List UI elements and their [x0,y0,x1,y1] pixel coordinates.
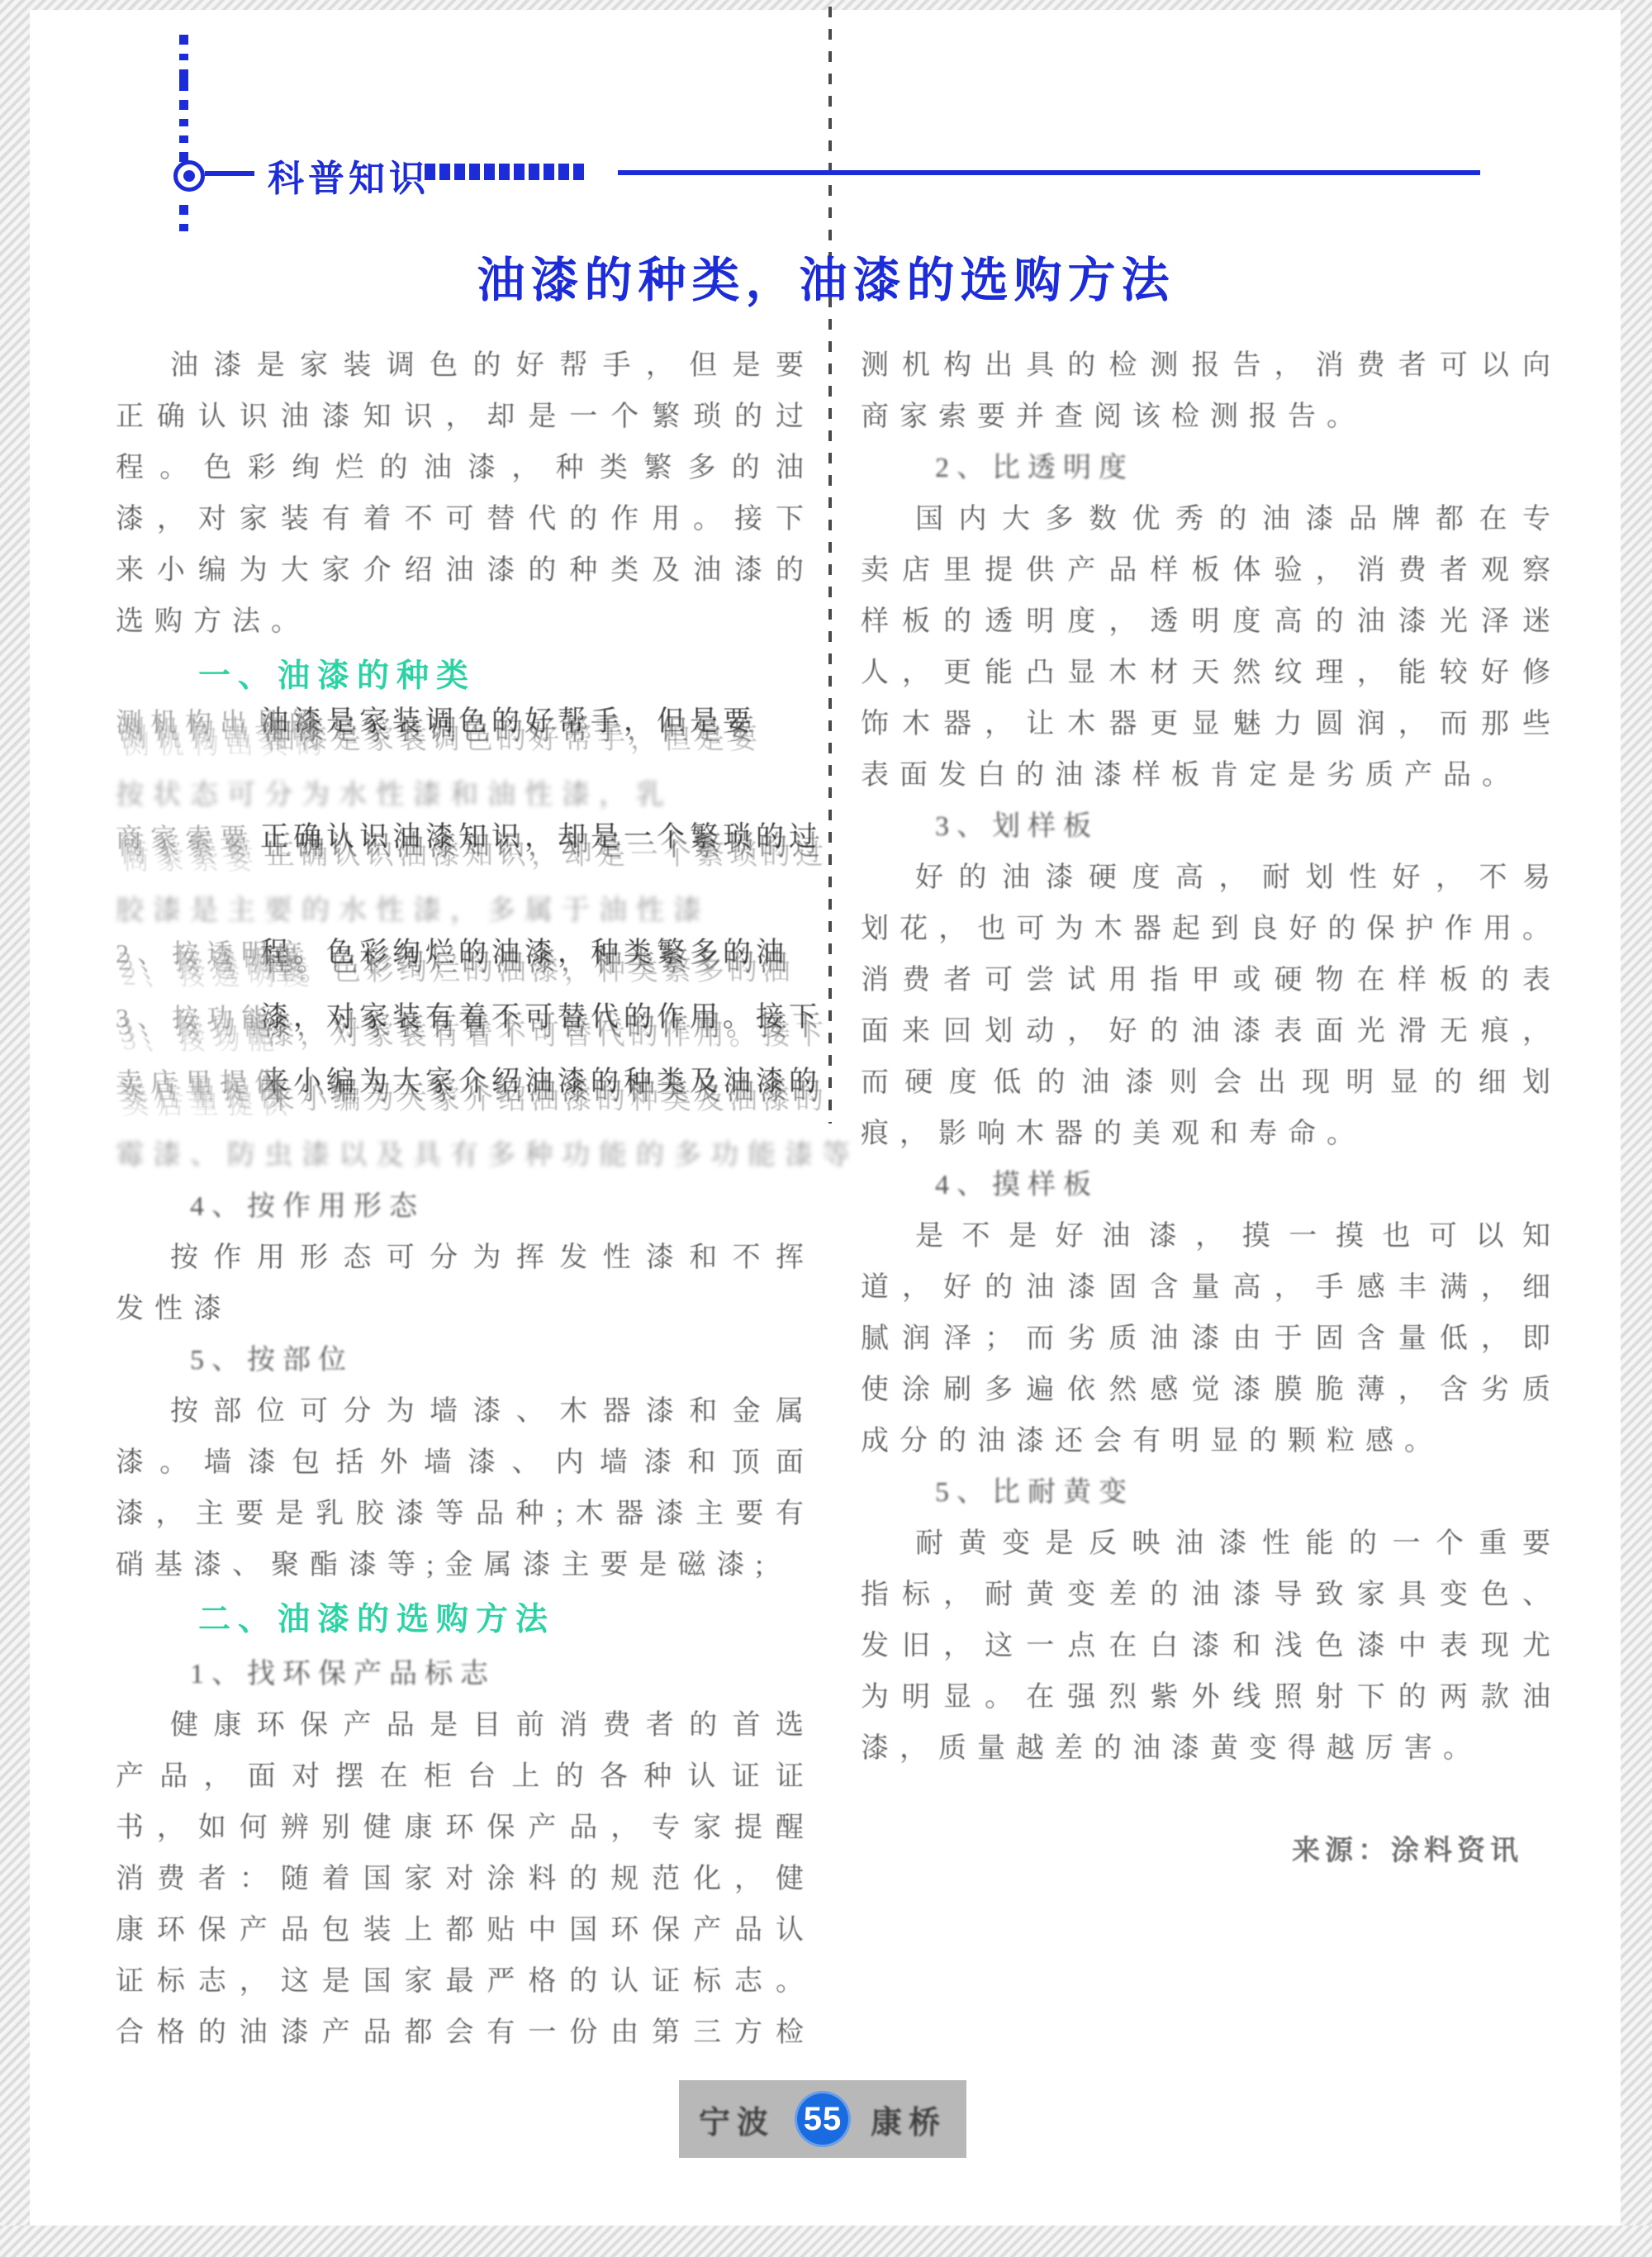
bullseye-icon [173,160,205,192]
ghost-echo-copy: 3、按功能 [123,1024,283,1057]
footer-left-label: 宁波 [699,2097,775,2142]
text-line: 漆，对家装有着不可替代的作用。接下 [116,494,814,545]
text-line: 按部位可分为墙漆、木器漆和金属 [116,1386,814,1437]
text-line: 漆。墙漆包括外墙漆、内墙漆和顶面 [116,1437,814,1489]
text-line: 健康环保产品是目前消费者的首选 [116,1700,814,1751]
text-line: 程。色彩绚烂的油漆，种类繁多的油 [116,443,814,494]
ghost-text-copy: 油漆是家装调色的好帮手，但是要 [267,724,762,757]
ghost-text-copy: 来小编为大家介绍油漆的种类及油漆的 [267,1084,828,1117]
item-heading: 1、找环保产品标志 [116,1649,814,1700]
text-line: 使涂刷多遍依然感觉漆膜脆薄，含劣质 [861,1365,1561,1416]
spacer [861,1775,1561,1826]
text-line: 为明显。在强烈紫外线照射下的两款油 [861,1672,1561,1723]
text-line: 是不是好油漆，摸一摸也可以知 [861,1211,1561,1262]
text-line: 消费者：随着国家对涂料的规范化，健 [116,1854,814,1905]
page-number-badge: 55 [795,2091,851,2147]
text-line: 产品，面对摆在柜台上的各种认证证 [116,1751,814,1803]
text-line: 耐黄变是反映油漆性能的一个重要 [861,1518,1561,1570]
text-line: 油漆是家装调色的好帮手，但是要 [116,340,814,392]
text-line: 证标志，这是国家最严格的认证标志。 [116,1956,814,2008]
ghost-text-copy: 漆，对家装有着不可替代的作用。接下 [267,1019,828,1052]
text-line: 胶漆是主要的水性漆，多属于油性漆 [116,886,814,937]
ghost-echo-copy: 测机构出具的 [123,728,331,761]
page-number: 55 [804,2101,843,2138]
text-line: 合格的油漆产品都会有一份由第三方检 [116,2008,814,2059]
text-line: 国内大多数优秀的油漆品牌都在专 [861,494,1561,545]
ghost-text-copy: 正确认识油漆知识，却是一个繁琐的过 [267,839,828,872]
scan-border-right [1621,0,1652,2257]
text-line: 康环保产品包装上都贴中国环保产品认 [116,1905,814,1956]
right-column: 测机构出具的检测报告，消费者可以向商家索要并查阅该检测报告。2、比透明度国内大多… [861,340,1561,1877]
text-line: 发性漆 [116,1284,814,1335]
text-line: 漆，质量越差的油漆黄变得越厉害。 [861,1723,1561,1775]
scan-border-bottom [0,2226,1652,2257]
section-heading: 一、油漆的种类 [116,648,814,706]
item-heading: 5、比耐黄变 [861,1467,1561,1518]
text-line: 样板的透明度，透明度高的油漆光泽迷 [861,596,1561,648]
misprint-ghost-line: 油漆是家装调色的好帮手，但是要油漆是家装调色的好帮手，但是要油漆是家装调色的好帮… [116,706,814,770]
item-heading: 5、按部位 [116,1335,814,1386]
ghost-echo-copy: 商家索要 [123,843,262,877]
text-line: 表面发白的油漆样板肯定是劣质产品。 [861,750,1561,801]
left-column: 油漆是家装调色的好帮手，但是要正确认识油漆知识，却是一个繁琐的过程。色彩绚烂的油… [116,340,814,2059]
text-line: 霉漆、防虫漆以及具有多种功能的多功能漆等 [116,1130,814,1181]
misprint-ghost-line: 来小编为大家介绍油漆的种类及油漆的来小编为大家介绍油漆的种类及油漆的来小编为大家… [116,1066,814,1130]
misprint-ghost-line: 正确认识油漆知识，却是一个繁琐的过正确认识油漆知识，却是一个繁琐的过正确认识油漆… [116,821,814,886]
section-heading: 二、油漆的选购方法 [116,1591,814,1649]
text-line: 测机构出具的检测报告，消费者可以向 [861,340,1561,392]
text-line: 书，如何辨别健康环保产品，专家提醒 [116,1803,814,1854]
text-line: 按作用形态可分为挥发性漆和不挥 [116,1233,814,1284]
text-line: 腻润泽；而劣质油漆由于固含量低，即 [861,1314,1561,1365]
ghost-echo-copy: 2、按透明度 [123,959,318,992]
text-line: 卖店里提供产品样板体验，消费者观察 [861,545,1561,596]
text-line: 道，好的油漆固含量高，手感丰满，细 [861,1262,1561,1314]
item-heading: 4、摸样板 [861,1160,1561,1211]
item-heading: 4、按作用形态 [116,1181,814,1233]
text-line: 人，更能凸显木材天然纹理，能较好修 [861,648,1561,699]
text-line: 痕，影响木器的美观和寿命。 [861,1109,1561,1160]
scan-border-left [0,0,30,2257]
text-line: 选购方法。 [116,596,814,648]
article-title: 油漆的种类，油漆的选购方法 [0,241,1652,311]
header-rule-short [205,171,254,176]
header-rule-long [618,170,1480,175]
misprint-ghost-line: 程。色彩绚烂的油漆，种类繁多的油程。色彩绚烂的油漆，种类繁多的油程。色彩绚烂的油… [116,937,814,1001]
text-line: 饰木器，让木器更显魅力圆润，而那些 [861,699,1561,750]
text-line: 按状态可分为水性漆和油性漆，乳 [116,770,814,821]
item-heading: 2、比透明度 [861,443,1561,494]
text-line: 成分的油漆还会有明显的颗粒感。 [861,1416,1561,1467]
text-line: 划花，也可为木器起到良好的保护作用。 [861,904,1561,955]
header-dash-column [178,35,188,162]
text-line: 而硬度低的油漆则会出现明显的细划 [861,1057,1561,1109]
header-square-dashes [425,164,584,180]
text-line: 发旧，这一点在白漆和浅色漆中表现尤 [861,1621,1561,1672]
text-line: 漆，主要是乳胶漆等品种;木器漆主要有 [116,1489,814,1540]
text-line: 好的油漆硬度高，耐划性好，不易 [861,853,1561,904]
text-line: 正确认识油漆知识，却是一个繁琐的过 [116,392,814,443]
text-line: 来小编为大家介绍油漆的种类及油漆的 [116,545,814,596]
magazine-page: 科普知识 油漆的种类，油漆的选购方法 油漆是家装调色的好帮手，但是要正确认识油漆… [0,0,1652,2257]
ghost-text-copy: 程。色彩绚烂的油漆，种类繁多的油 [267,955,795,988]
source-note: 来源：涂料资讯 [861,1826,1561,1877]
text-line: 消费者可尝试用指甲或硬物在样板的表 [861,955,1561,1006]
footer-bar: 宁波 55 康桥 [679,2080,966,2158]
text-line: 指标，耐黄变差的油漆导致家具变色、 [861,1570,1561,1621]
header-dash-column-bottom [178,205,188,231]
text-line: 硝基漆、聚酯漆等;金属漆主要是磁漆; [116,1540,814,1591]
section-tag: 科普知识 [268,149,430,202]
footer-right-label: 康桥 [871,2097,947,2142]
text-line: 商家索要并查阅该检测报告。 [861,392,1561,443]
text-line: 面来回划动，好的油漆表面光滑无痕， [861,1006,1561,1057]
ghost-echo-copy: 卖店里提供 [123,1088,297,1121]
scan-border-top [0,0,1652,10]
item-heading: 3、划样板 [861,801,1561,853]
misprint-ghost-line: 漆，对家装有着不可替代的作用。接下漆，对家装有着不可替代的作用。接下漆，对家装有… [116,1001,814,1066]
